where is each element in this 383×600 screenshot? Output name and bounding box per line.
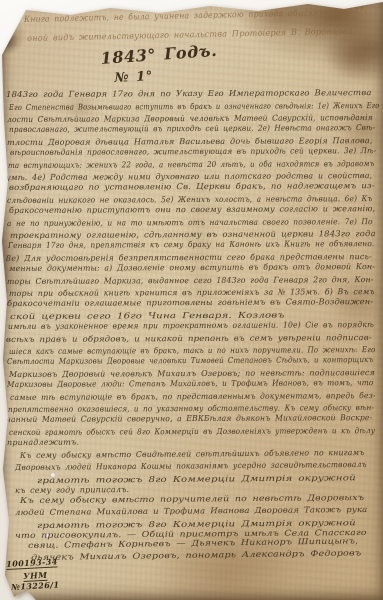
manuscript-line: Маркизовы Дворовые люди: Степанъ Михайло…	[7, 378, 373, 389]
manuscript-line: лости Свѣтлѣйшаго Маркиза Дворовый челов…	[7, 113, 373, 124]
scanned-document-page: Книга подлежитъ, не была учинена задержк…	[0, 0, 383, 600]
fold-shading	[183, 150, 217, 350]
manuscript-line: всѣхъ правъ и обрядовъ, и никакой препон…	[6, 333, 372, 344]
manuscript-line: бракосочетанію приступаютъ они по своему…	[9, 204, 375, 215]
manuscript-paper: Книга подлежитъ, не была учинена задержк…	[0, 0, 383, 600]
manuscript-line: Къ сему обыску вмѣсто поручителей по нев…	[20, 493, 364, 505]
manuscript-line: Маркизовъ Дворовый человѣкъ Михаилъ Озер…	[9, 368, 375, 379]
manuscript-line: ской церкви сего 16го Чина Генваря. Козл…	[10, 310, 284, 320]
manuscript-line: УНМ	[23, 569, 48, 581]
manuscript-line: а не по принужденію, и на то имѣютъ отъ …	[7, 217, 373, 228]
ink-stain	[60, 95, 100, 121]
manuscript-line: православнаго, жительствующій въ приходѣ…	[9, 123, 375, 134]
manuscript-line: тлости Дворовая дѣвица Наталья Васильева…	[7, 136, 373, 147]
manuscript-text: Книга подлежитъ, не была учинена задержк…	[0, 0, 383, 600]
manuscript-line: оной видъ жительствующаго начальства Про…	[27, 27, 353, 44]
manuscript-line: шіеся какъ самые вступающіе въ бракъ, та…	[9, 345, 375, 356]
worm-hole	[45, 533, 50, 538]
manuscript-line: дьячекъ Михаилъ Озеровъ, пономарь Алекса…	[31, 548, 361, 562]
manuscript-line: чанный Матѳей Савурскій своеручно, а ЕВК…	[6, 413, 372, 424]
manuscript-line: принадлежитъ.	[7, 438, 79, 447]
manuscript-line: свящ. Стефанъ Корнѣевъ — Дьячекъ Никанор…	[28, 537, 358, 551]
manuscript-line: торы при обыскной книгѣ хранится въ прил…	[9, 287, 375, 298]
edge-stain	[0, 30, 18, 52]
manuscript-line: грамотѣ тогожъ 8го Коммерціи Дмитрія окр…	[37, 518, 356, 530]
manuscript-line: Его Степенства Возымѣвшаго вступить въ б…	[9, 101, 383, 112]
manuscript-line: сенской грамотѣ обыскъ сей 8го Коммерціи…	[9, 426, 375, 437]
ink-stain	[322, 28, 383, 83]
manuscript-line: грамотѣ тогожъ 8го Коммерціи Дмитрія окр…	[37, 473, 356, 485]
manuscript-line: менные документы: а) Дозволеніе оному вс…	[9, 262, 375, 273]
manuscript-line: бракосочетаніи оглашаемые приготовлены г…	[7, 297, 373, 308]
manuscript-line: Свѣтлости Маркизовы Дворовые человѣки Ти…	[7, 355, 373, 366]
ink-stain	[255, 2, 310, 32]
manuscript-line: возбраняющаго по установленію Св. Церкви…	[9, 181, 375, 192]
manuscript-line: Генваря 17го дня, препятствія къ сему бр…	[8, 239, 374, 250]
manuscript-line: имѣли въ узаконенное время при троекратн…	[8, 320, 374, 331]
manuscript-line: Дворовыхъ людей Никанора Кошмы показанія…	[15, 460, 367, 472]
manuscript-line: людей Степана Михайлова и Трофима Иванов…	[15, 505, 367, 517]
manuscript-line: что присовокупилъ. — Общій присмотръ имѣ…	[15, 528, 367, 540]
manuscript-line: торы Свѣтлѣйшаго Маркиза, выданное сего …	[7, 275, 373, 286]
manuscript-line: 100193-34	[6, 556, 58, 570]
ink-stain	[150, 520, 340, 600]
manuscript-line: троекратному оглашенію, сдѣланному въ оз…	[10, 229, 376, 240]
manuscript-line: 1е	[356, 3, 365, 11]
ink-stain	[338, 95, 383, 165]
ink-stain	[330, 272, 383, 332]
manuscript-line: самые тѣ вступающіе въ бракъ, по предста…	[10, 391, 376, 402]
manuscript-line: №13226/1	[11, 579, 60, 592]
manuscript-line: Къ сему обыску вмѣсто Свидѣтелей свѣтлѣй…	[20, 448, 365, 460]
ink-stain	[288, 0, 383, 46]
manuscript-line: 1843° Годъ.	[100, 41, 218, 68]
manuscript-line: та вступающихъ: женихъ 22 года, а невѣст…	[8, 159, 374, 170]
worm-hole	[50, 472, 56, 478]
manuscript-line: № 1°	[114, 69, 153, 86]
manuscript-line: 8е) Для удостовѣренія безпрепятственност…	[6, 252, 372, 263]
edge-stain	[0, 230, 10, 350]
manuscript-line: къ сему году приписалъ.	[15, 485, 129, 495]
manuscript-line: умѣ. 4е) Родства между ними духовнаго ил…	[6, 171, 372, 182]
manuscript-line: Книга подлежитъ, не была учинена задержк…	[24, 8, 350, 25]
paper-shadow-wrap: Книга подлежитъ, не была учинена задержк…	[0, 0, 383, 600]
manuscript-line: препятственно оказавшіеся, и по указанно…	[8, 403, 374, 414]
manuscript-line: вѣроисповѣданія православнаго, жительств…	[10, 146, 376, 157]
manuscript-line: слѣдованіи никакого не оказалось. 5е) Же…	[7, 194, 373, 205]
manuscript-line: 1843го года Генваря 17го дня по Указу Ег…	[6, 88, 372, 99]
